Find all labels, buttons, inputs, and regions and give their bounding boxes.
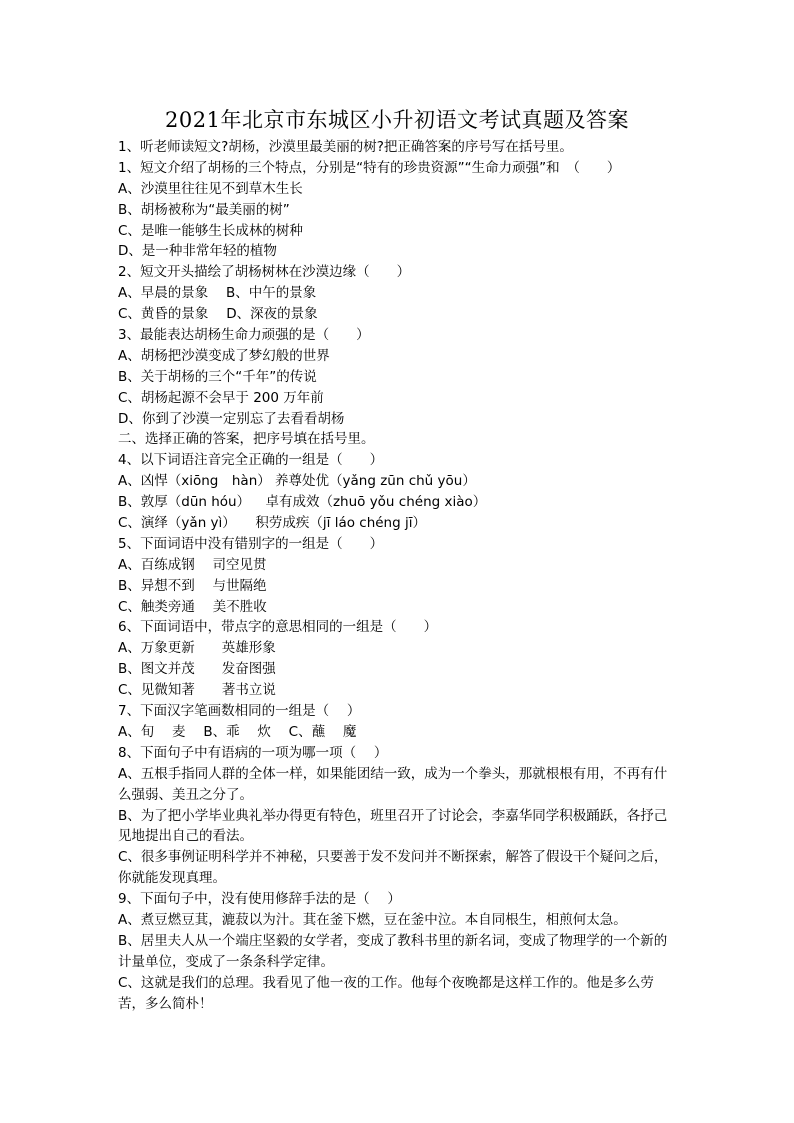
option-line: D、是一种非常年轻的植物 — [118, 241, 678, 262]
option-line: D、你到了沙漠一定别忘了去看看胡杨 — [118, 409, 678, 430]
option-line: A、沙漠里往往见不到草木生长 — [118, 179, 678, 200]
option-line: A、胡杨把沙漠变成了梦幻般的世界 — [118, 346, 678, 367]
question-7: 7、下面汉字笔画数相同的一组是（ ） — [118, 701, 678, 722]
document-title: 2021年北京市东城区小升初语文考试真题及答案 — [0, 104, 794, 134]
option-line: A、万象更新 英雄形象 — [118, 638, 678, 659]
option-line: C、见微知著 著书立说 — [118, 680, 678, 701]
option-paragraph: B、居里夫人从一个端庄坚毅的女学者，变成了教科书里的新名词，变成了物理学的一个新… — [118, 931, 678, 973]
question-9: 9、下面句子中，没有使用修辞手法的是（ ） — [118, 889, 678, 910]
instruction-line: 1、听老师读短文?胡杨，沙漠里最美丽的树?把正确答案的序号写在括号里。 — [118, 137, 678, 158]
option-line: C、是唯一能够生长成林的树种 — [118, 221, 678, 242]
option-paragraph: C、这就是我们的总理。我看见了他一夜的工作。他每个夜晚都是这样工作的。他是多么劳… — [118, 973, 678, 1015]
option-line: A、百练成钢 司空见贯 — [118, 555, 678, 576]
option-paragraph: A、煮豆燃豆萁，漉菽以为汁。萁在釜下燃，豆在釜中泣。本自同根生，相煎何太急。 — [118, 910, 678, 931]
option-line: B、关于胡杨的三个“千年”的传说 — [118, 367, 678, 388]
document-body: 1、听老师读短文?胡杨，沙漠里最美丽的树?把正确答案的序号写在括号里。 1、短文… — [118, 137, 678, 1015]
question-1: 1、短文介绍了胡杨的三个特点，分别是“特有的珍贵资源”“生命力顽强”和 （ ） — [118, 158, 678, 179]
question-2: 2、短文开头描绘了胡杨树林在沙漠边缘（ ） — [118, 262, 678, 283]
option-line: B、图文并茂 发奋图强 — [118, 659, 678, 680]
option-paragraph: B、为了把小学毕业典礼举办得更有特色，班里召开了讨论会，李嘉华同学积极踊跃，各抒… — [118, 806, 678, 848]
option-line: C、黄昏的景象 D、深夜的景象 — [118, 304, 678, 325]
question-5: 5、下面词语中没有错别字的一组是（ ） — [118, 534, 678, 555]
option-line: C、胡杨起源不会早于 200 万年前 — [118, 388, 678, 409]
question-8: 8、下面句子中有语病的一项为哪一项（ ） — [118, 743, 678, 764]
option-line: B、异想不到 与世隔绝 — [118, 576, 678, 597]
option-line: A、旬 麦 B、乖 炊 C、蘸 魔 — [118, 722, 678, 743]
option-line: C、演绎（yǎn yì） 积劳成疾（jī láo chéng jī） — [118, 513, 678, 534]
option-paragraph: C、很多事例证明科学并不神秘，只要善于发不发问并不断探索，解答了假设干个疑问之后… — [118, 847, 678, 889]
option-paragraph: A、五根手指同人群的全体一样，如果能团结一致，成为一个拳头，那就根根有用，不再有… — [118, 764, 678, 806]
question-3: 3、最能表达胡杨生命力顽强的是（ ） — [118, 325, 678, 346]
section-heading: 二、选择正确的答案，把序号填在括号里。 — [118, 429, 678, 450]
document-page: 2021年北京市东城区小升初语文考试真题及答案 1、听老师读短文?胡杨，沙漠里最… — [0, 0, 794, 1123]
question-4: 4、以下词语注音完全正确的一组是（ ） — [118, 450, 678, 471]
option-line: B、敦厚（dūn hóu） 卓有成效（zhuō yǒu chéng xiào） — [118, 492, 678, 513]
option-line: A、凶悍（xiōng hàn） 养尊处优（yǎng zūn chǔ yōu） — [118, 471, 678, 492]
question-6: 6、下面词语中，带点字的意思相同的一组是（ ） — [118, 617, 678, 638]
option-line: A、早晨的景象 B、中午的景象 — [118, 283, 678, 304]
option-line: B、胡杨被称为“最美丽的树” — [118, 200, 678, 221]
option-line: C、触类旁通 美不胜收 — [118, 597, 678, 618]
